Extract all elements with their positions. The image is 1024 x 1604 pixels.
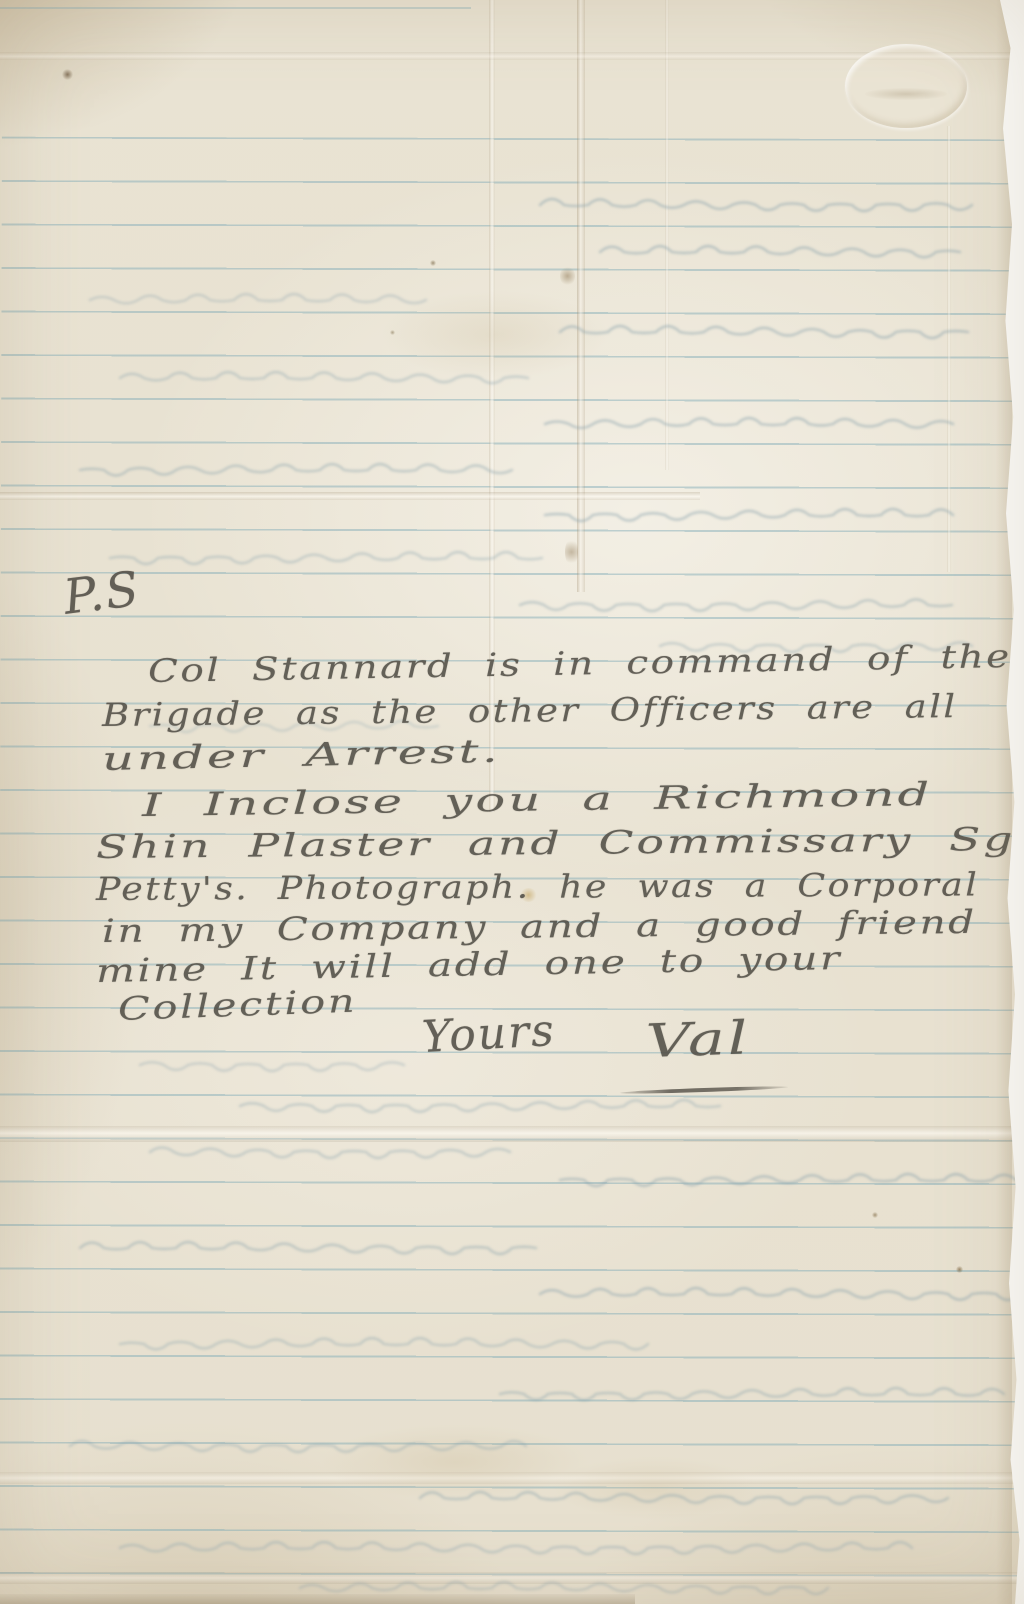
embossed-oval-seal	[845, 44, 967, 128]
ruled-line-partial-top	[0, 7, 471, 9]
handwriting-line-6: Petty's. Photograph. he was a Corporal	[96, 865, 979, 908]
closing-word: Yours	[421, 1005, 557, 1063]
pinhole-stain	[62, 69, 73, 80]
postscript-marker: P.S	[61, 561, 144, 626]
paper-edge-shading	[996, 0, 1012, 1604]
scanned-letter-page: P.S Col Stannard is in command of the Br…	[0, 0, 1024, 1604]
signature: Val	[645, 1010, 751, 1068]
handwriting-line-5: Shin Plaster and Commissary Sgt	[96, 820, 1024, 866]
